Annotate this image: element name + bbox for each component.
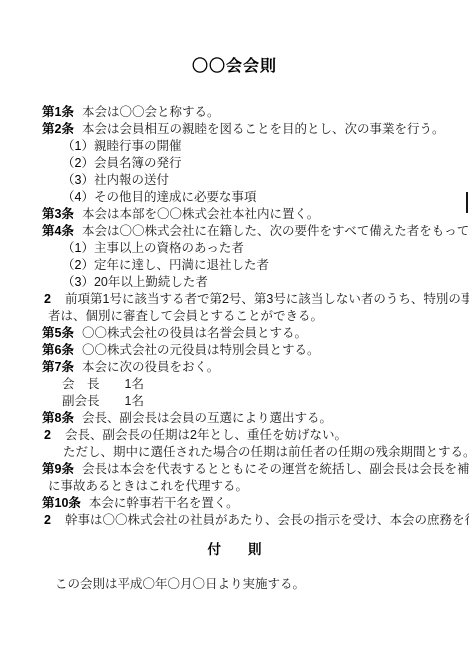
document-line: 第3条本会は本部を〇〇株式会社本社内に置く。 xyxy=(0,206,469,223)
document-title: 〇〇会会則 xyxy=(0,57,469,77)
document-page: 〇〇会会則 第1条本会は〇〇会と称する。 第2条本会は会員相互の親睦を図ることを… xyxy=(0,0,469,662)
document-line: （3）20年以上勤続した者 xyxy=(0,274,469,291)
document-line: （1）親睦行事の開催 xyxy=(0,138,469,155)
line-text: その他目的達成に必要な事項 xyxy=(94,190,257,204)
document-line: 第5条〇〇株式会社の役員は名誉会員とする。 xyxy=(0,325,469,342)
document-line: 会 長 1名 xyxy=(0,376,469,393)
document-line: （2）会員名簿の発行 xyxy=(0,155,469,172)
line-label: （3） xyxy=(62,274,94,291)
line-label: 2 xyxy=(44,512,65,529)
document-line: （2）定年に達し、円満に退社した者 xyxy=(0,257,469,274)
line-text: 親睦行事の開催 xyxy=(94,139,182,153)
line-text: 会 長 1名 xyxy=(62,377,144,391)
document-line: 2幹事は〇〇株式会社の社員があたり、会長の指示を受け、本会の庶務を行う。 xyxy=(0,512,469,529)
document-line: 者は、個別に審査して会員とすることができる。 xyxy=(0,308,469,325)
line-label: （1） xyxy=(62,138,94,155)
document-line: 2会長、副会長の任期は2年とし、重任を妨げない。 xyxy=(0,427,469,444)
document-line: 2前項第1号に該当する者で第2号、第3号に該当しない者のうち、特別の事情のある xyxy=(0,291,469,308)
line-label: （4） xyxy=(62,189,94,206)
line-label: 第9条 xyxy=(42,461,74,478)
appendix-heading: 付 則 xyxy=(0,542,469,558)
line-text: 幹事は〇〇株式会社の社員があたり、会長の指示を受け、本会の庶務を行う。 xyxy=(65,513,469,527)
line-label: （1） xyxy=(62,240,94,257)
line-label: 第4条 xyxy=(42,223,74,240)
line-label: 第10条 xyxy=(42,495,81,512)
document-line: 第8条会長、副会長は会員の互選により選出する。 xyxy=(0,410,469,427)
document-line: 第6条〇〇株式会社の元役員は特別会員とする。 xyxy=(0,342,469,359)
line-text: 主事以上の資格のあった者 xyxy=(94,241,244,255)
document-line: 第9条会長は本会を代表するとともにその運営を統括し、副会長は会長を補佐し、会長 xyxy=(0,461,469,478)
document-line: 第10条本会に幹事若干名を置く。 xyxy=(0,495,469,512)
line-label: （2） xyxy=(62,257,94,274)
line-text: 〇〇株式会社の役員は名誉会員とする。 xyxy=(82,326,307,340)
line-label: 第5条 xyxy=(42,325,74,342)
document-line: 副会長 1名 xyxy=(0,393,469,410)
line-text: 本会に幹事若干名を置く。 xyxy=(89,496,239,510)
line-text: 本会は本部を〇〇株式会社本社内に置く。 xyxy=(82,207,319,221)
closing-line: この会則は平成〇年〇月〇日より実施する。 xyxy=(0,576,469,593)
document-line: 第7条本会に次の役員をおく。 xyxy=(0,359,469,376)
line-label: 第3条 xyxy=(42,206,74,223)
document-line: 第1条本会は〇〇会と称する。 xyxy=(0,104,469,121)
document-line: （4）その他目的達成に必要な事項 xyxy=(0,189,469,206)
line-text: 本会は〇〇株式会社に在籍した、次の要件をすべて備えた者をもって会員とする。 xyxy=(82,224,469,238)
line-label: 第7条 xyxy=(42,359,74,376)
line-text: 定年に達し、円満に退社した者 xyxy=(94,258,269,272)
line-text: 会長、副会長の任期は2年とし、重任を妨げない。 xyxy=(65,428,347,442)
line-label: 第1条 xyxy=(42,104,74,121)
line-text: 本会は会員相互の親睦を図ることを目的とし、次の事業を行う。 xyxy=(82,122,445,136)
document-line: に事故あるときはこれを代理する。 xyxy=(0,478,469,495)
line-text: 会長は本会を代表するとともにその運営を統括し、副会長は会長を補佐し、会長 xyxy=(82,462,469,476)
line-label: 2 xyxy=(44,427,65,444)
line-text: 社内報の送付 xyxy=(94,173,169,187)
line-text: 者は、個別に審査して会員とすることができる。 xyxy=(48,309,323,323)
line-label: 第2条 xyxy=(42,121,74,138)
line-label: （3） xyxy=(62,172,94,189)
line-label: 第8条 xyxy=(42,410,74,427)
line-label: （2） xyxy=(62,155,94,172)
line-text: 前項第1号に該当する者で第2号、第3号に該当しない者のうち、特別の事情のある xyxy=(65,292,469,306)
line-label: 第6条 xyxy=(42,342,74,359)
document-line: （1）主事以上の資格のあった者 xyxy=(0,240,469,257)
line-text: 〇〇株式会社の元役員は特別会員とする。 xyxy=(82,343,320,357)
line-text: 本会は〇〇会と称する。 xyxy=(82,105,220,119)
line-text: 本会に次の役員をおく。 xyxy=(82,360,219,374)
edge-mark xyxy=(466,192,468,213)
line-text: 副会長 1名 xyxy=(62,394,144,408)
line-text: 会員名簿の発行 xyxy=(94,156,182,170)
document-line: ただし、期中に選任された場合の任期は前任者の任期の残余期間とする。 xyxy=(0,444,469,461)
document-body: 第1条本会は〇〇会と称する。 第2条本会は会員相互の親睦を図ることを目的とし、次… xyxy=(0,104,469,529)
document-line: （3）社内報の送付 xyxy=(0,172,469,189)
document-line: 第2条本会は会員相互の親睦を図ることを目的とし、次の事業を行う。 xyxy=(0,121,469,138)
line-text: 会長、副会長は会員の互選により選出する。 xyxy=(82,411,332,425)
document-line: 第4条本会は〇〇株式会社に在籍した、次の要件をすべて備えた者をもって会員とする。 xyxy=(0,223,469,240)
line-label: 2 xyxy=(44,291,65,308)
line-text: 20年以上勤続した者 xyxy=(94,275,208,289)
line-text: に事故あるときはこれを代理する。 xyxy=(48,479,248,493)
line-text: ただし、期中に選任された場合の任期は前任者の任期の残余期間とする。 xyxy=(63,445,469,459)
